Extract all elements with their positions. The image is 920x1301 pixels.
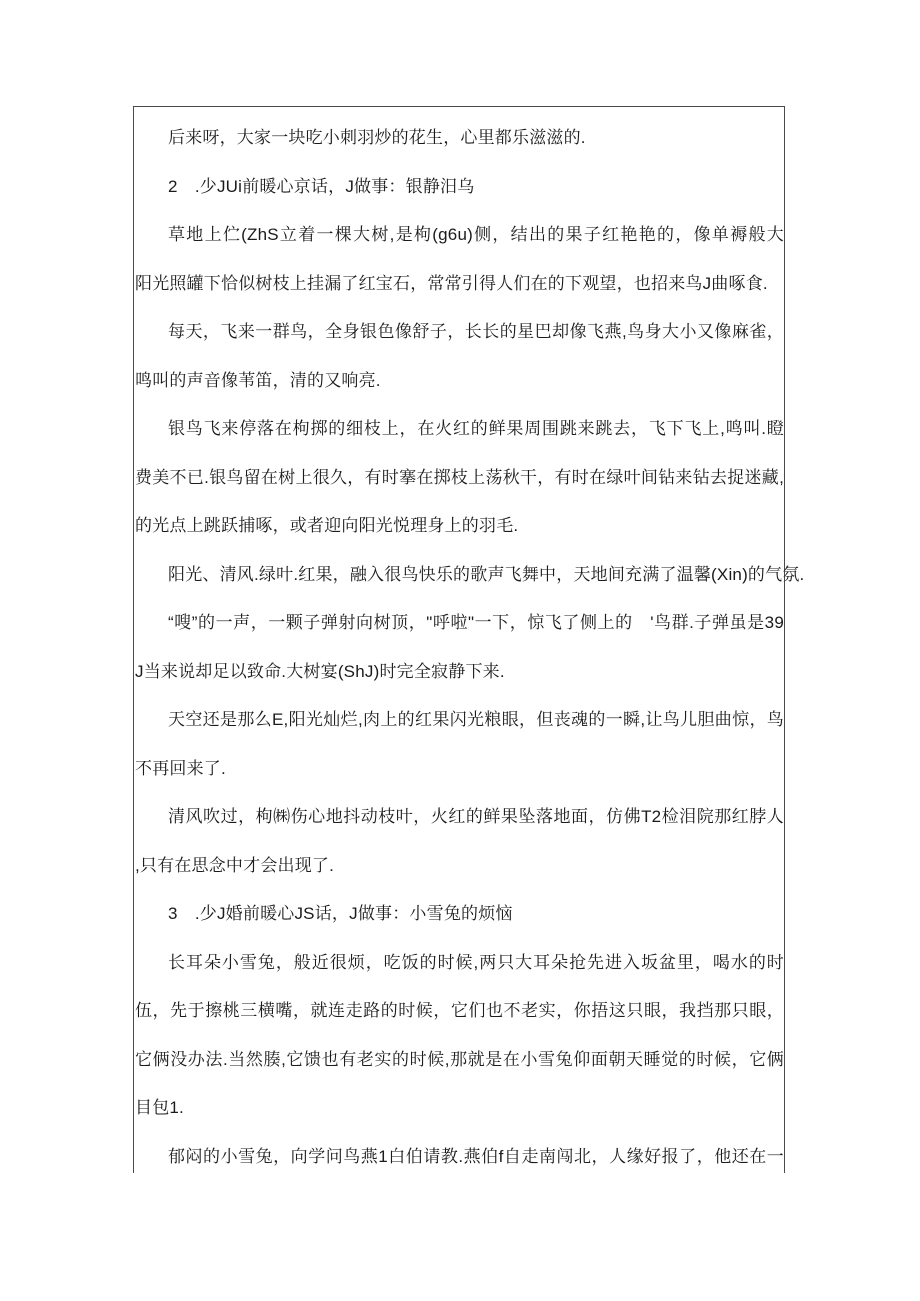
document-text-frame: 后来呀，大家一块吃小刺羽炒的花生，心里都乐滋滋的.2 .少JUi前暖心京话，J做…	[133, 106, 785, 1173]
text-line: 后来呀，大家一块吃小刺羽炒的花生，心里都乐滋滋的.	[134, 114, 784, 163]
text-line: 2 .少JUi前暖心京话，J做事：银静汨乌	[134, 163, 784, 212]
text-line: 郁闷的小雪兔，向学问鸟燕1白伯请教.燕伯f自走南闯北，人缘好报了，他还在一户人家…	[134, 1133, 784, 1182]
text-line: 它俩没办法.当然腠,它馈也有老实的时候,那就是在小雪兔仰面朝天睡觉的时候，它俩这…	[134, 1036, 784, 1085]
text-line: 的光点上跳跃捕啄，或者迎向阳光悦理身上的羽毛.	[134, 502, 784, 551]
text-line: 长耳朵小雪兔，般近很烦，吃饭的时候,两只大耳朵抢先进入坂盆里，喝水的时候，大耳朵…	[134, 939, 784, 988]
text-line: 银鸟飞来停落在枸掷的细枝上，在火红的鲜果周围跳来跳去，飞下飞上,鸣叫.瞪唱，仿佛…	[134, 405, 784, 454]
text-line: 草地上伫(ZhS立着一棵大树,是枸(g6u)侧，结出的果子红艳艳的，像单褥般大小…	[134, 211, 784, 260]
text-line: J当来说却足以致命.大树宴(ShJ)时完全寂静下来.	[134, 648, 784, 697]
text-line: 3 .少J婚前暖心JS话，J做事：小雪兔的烦恼	[134, 890, 784, 939]
text-line: “嗖”的一声，一颗子弹射向树顶，"呼啦"一下，惊飞了侧上的 '鸟群.子弹虽是39…	[134, 599, 784, 648]
text-line: 阳光、清风.绿叶.红果，融入很鸟快乐的歌声飞舞中，天地间充满了温馨(Xin)的气…	[134, 551, 784, 600]
text-line: 目包1.	[134, 1084, 784, 1133]
text-line: 天空还是那么E,阳光灿烂,肉上的红果闪光粮眼，但丧魂的一瞬,让鸟儿胆曲惊，鸟群毅…	[134, 696, 784, 745]
text-line: ,只有在思念中才会出现了.	[134, 842, 784, 891]
text-line: 阳光照罐下恰似树枝上挂漏了红宝石，常常引得人们在的下观望，也招来鸟J曲啄食.	[134, 260, 784, 309]
text-line: 每天，飞来一群鸟，全身银色像舒子，长长的星巴却像飞燕,鸟身大小又像麻雀，红脖儿、…	[134, 308, 784, 357]
text-line: 不再回来了.	[134, 745, 784, 794]
text-line: 清风吹过，枸㈱伤心地抖动枝叶，火红的鲜果坠落地面，仿佛T2检泪院那红脖人尖麻银色…	[134, 793, 784, 842]
text-line: 伍，先于擦桃三横嘴，就连走路的时候，它们也不老实，你捂这只眼，我挡那只眼，气得小…	[134, 987, 784, 1036]
text-line: 鸣叫的声音像苇笛，清的又响亮.	[134, 357, 784, 406]
text-line: 费美不已.银鸟留在树上很久，有时搴在掷枝上荡秋干，有时在绿叶间钻来钻去捉迷藏,有…	[134, 454, 784, 503]
document-page: 后来呀，大家一块吃小刺羽炒的花生，心里都乐滋滋的.2 .少JUi前暖心京话，J做…	[0, 0, 920, 1301]
